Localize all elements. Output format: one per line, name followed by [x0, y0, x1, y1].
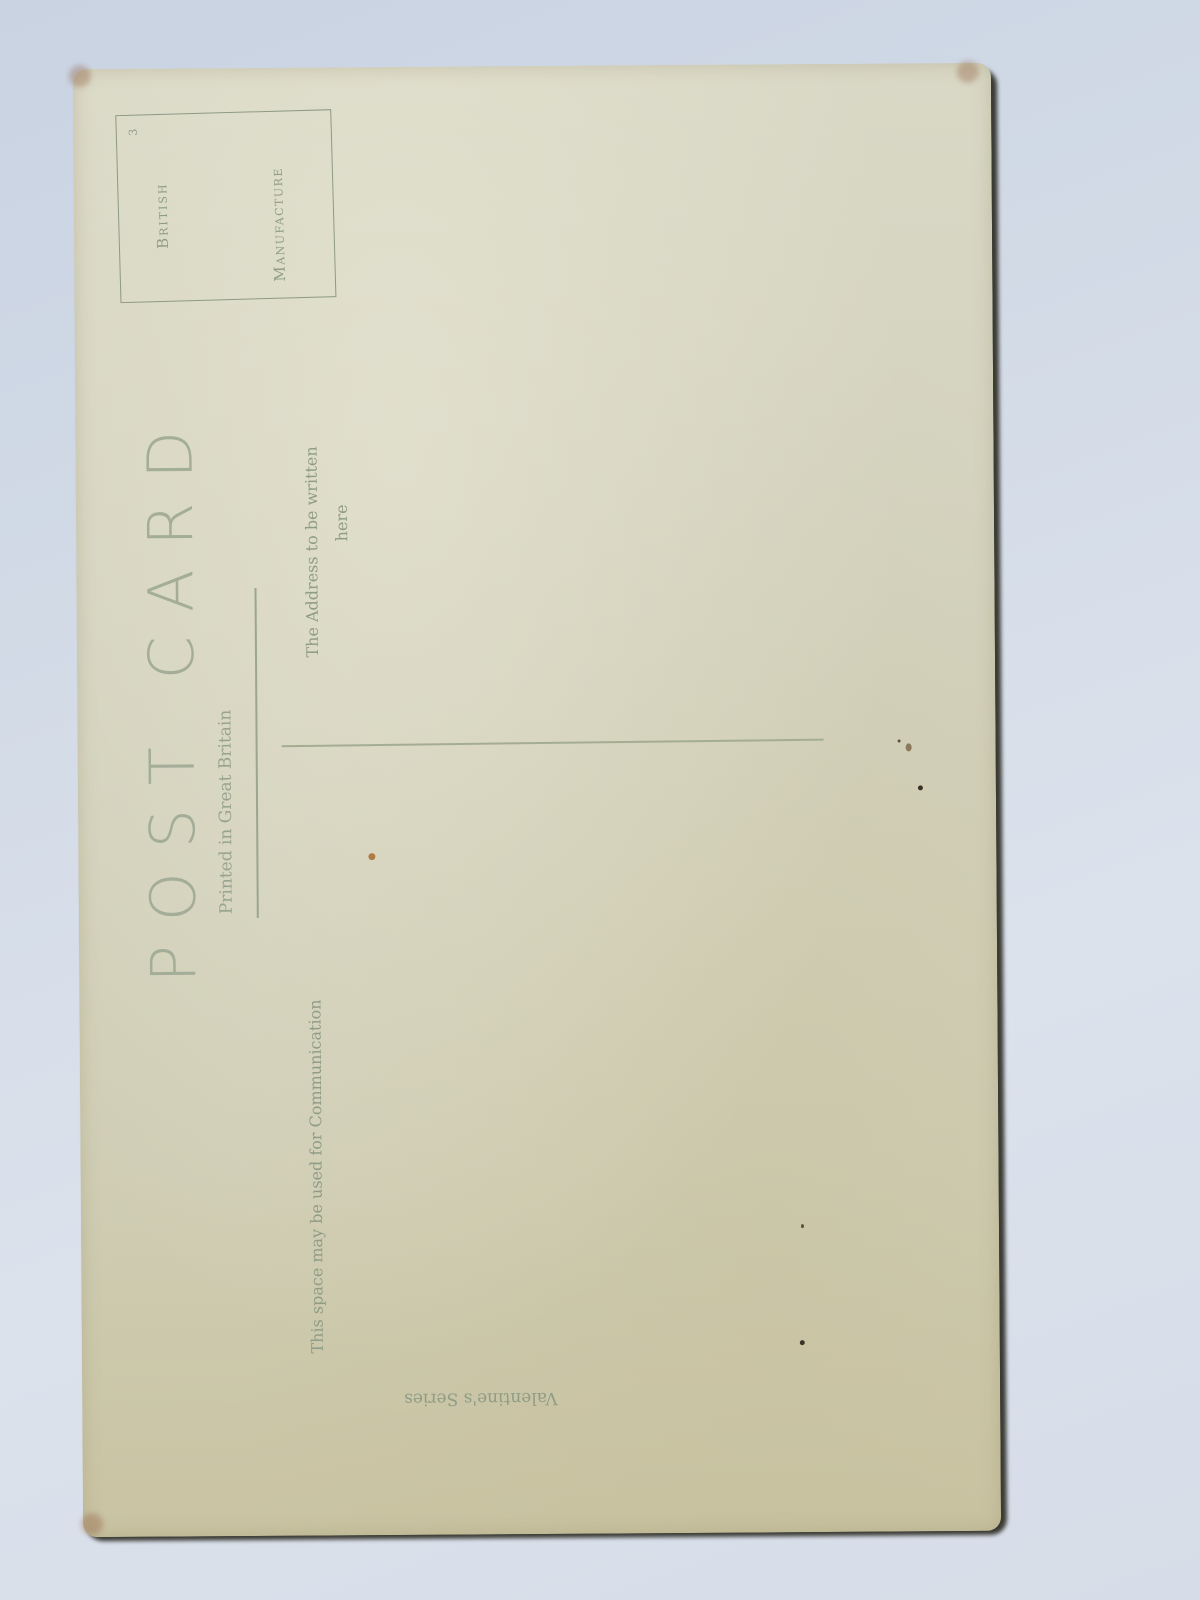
- foxing-spot: [801, 1224, 804, 1228]
- stamp-mark: 3: [127, 129, 140, 136]
- stamp-text-manufacture: Manufacture: [268, 167, 289, 282]
- postcard-title: POST CARD: [133, 407, 210, 983]
- corner-stain: [81, 1513, 103, 1535]
- foxing-spot: [368, 853, 375, 860]
- foxing-spot: [800, 1340, 805, 1345]
- address-label: The Address to be written: [302, 446, 322, 657]
- foxing-spot: [918, 785, 923, 790]
- communication-label: This space may be used for Communication: [305, 999, 326, 1353]
- foxing-spot: [898, 739, 901, 742]
- address-label-here: here: [332, 504, 351, 541]
- horizontal-divider: [282, 739, 824, 747]
- foxing-spot: [906, 743, 912, 751]
- stamp-box: 3 British Manufacture: [115, 109, 336, 303]
- stamp-text-british: British: [152, 182, 172, 249]
- corner-stain: [957, 61, 979, 83]
- corner-stain: [69, 65, 91, 87]
- postcard: 3 British Manufacture POST CARD Printed …: [73, 63, 1001, 1537]
- vertical-divider: [255, 588, 259, 918]
- publisher-label: Valentine's Series: [404, 1388, 558, 1409]
- printed-in-label: Printed in Great Britain: [215, 710, 236, 915]
